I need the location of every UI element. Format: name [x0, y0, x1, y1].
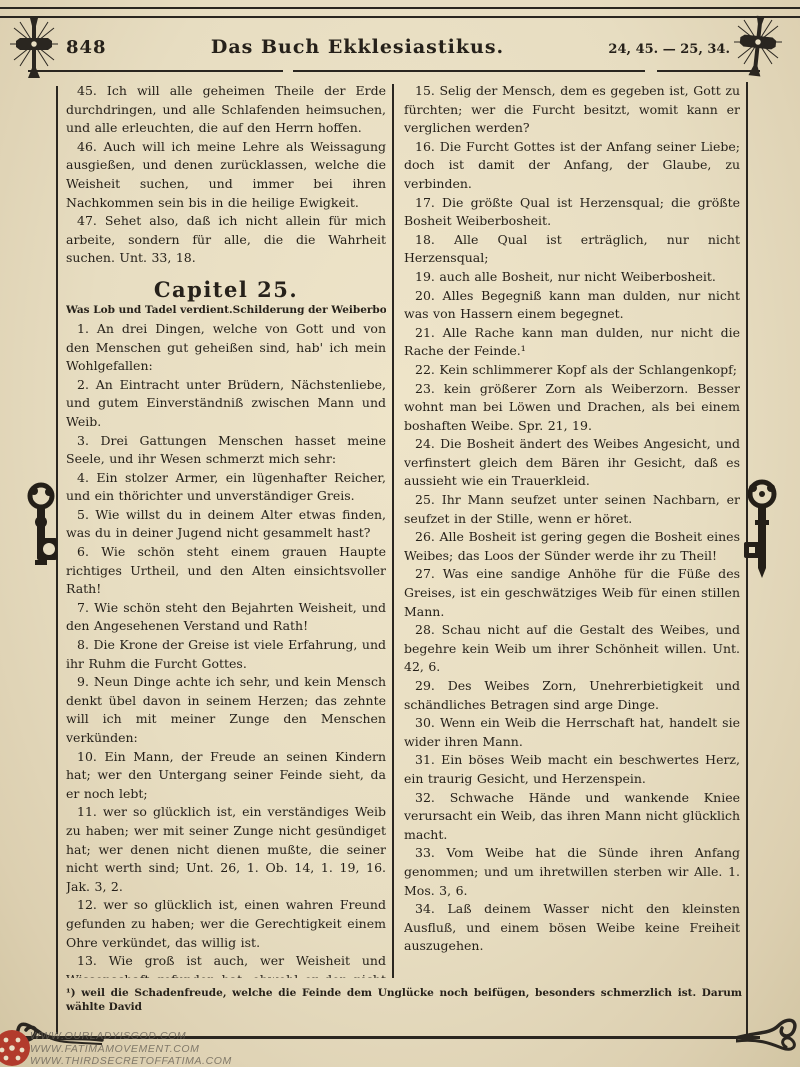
- cross-ornament-icon: [730, 8, 786, 88]
- verse: 17. Die größte Qual ist Herzensqual; die…: [404, 194, 740, 231]
- verse: 5. Wie willst du in deinem Alter etwas f…: [66, 506, 386, 543]
- watermark-line: WWW.THIRDSECRETOFFATIMA.COM: [30, 1055, 232, 1067]
- verse: 1. An drei Dingen, welche von Gott und v…: [66, 320, 386, 376]
- chapter25-verses-right: 15. Selig der Mensch, dem es gegeben ist…: [404, 82, 740, 956]
- scroll-flourish-icon: [736, 1014, 800, 1066]
- book-title: Das Buch Ekklesiastikus.: [107, 36, 609, 58]
- watermark-line: WWW.OURLADYISGOD.COM: [30, 1030, 232, 1043]
- verse: 46. Auch will ich meine Lehre als Weissa…: [66, 138, 386, 212]
- key-ornament-icon: [22, 482, 60, 586]
- verse: 32. Schwache Hände und wankende Kniee ve…: [404, 789, 740, 845]
- verse: 18. Alle Qual ist erträglich, nur nicht …: [404, 231, 740, 268]
- scanned-bible-page: 848 Das Buch Ekklesiastikus. 24, 45. — 2…: [0, 0, 800, 1067]
- chapter-subtitle: Was Lob und Tadel verdient. Schilderung …: [66, 304, 386, 316]
- verse: 9. Neun Dinge achte ich sehr, und kein M…: [66, 673, 386, 747]
- verse: 4. Ein stolzer Armer, ein lügenhafter Re…: [66, 469, 386, 506]
- right-column: 15. Selig der Mensch, dem es gegeben ist…: [404, 82, 740, 978]
- verse-range: 24, 45. — 25, 34.: [608, 42, 730, 57]
- verse: 15. Selig der Mensch, dem es gegeben ist…: [404, 82, 740, 138]
- verse: 19. auch alle Bosheit, nur nicht Weiberb…: [404, 268, 740, 287]
- footnote: ¹) weil die Schadenfreude, welche die Fe…: [66, 986, 742, 1014]
- verse: 16. Die Furcht Gottes ist der Anfang sei…: [404, 138, 740, 194]
- subtitle-part-1: Was Lob und Tadel verdient.: [66, 304, 233, 316]
- verse: 26. Alle Bosheit ist gering gegen die Bo…: [404, 528, 740, 565]
- column-divider-rule: [392, 84, 394, 978]
- verse: 28. Schau nicht auf die Gestalt des Weib…: [404, 621, 740, 677]
- left-column: 45. Ich will alle geheimen Theile der Er…: [66, 82, 386, 978]
- verse: 6. Wie schön steht einem grauen Haupte r…: [66, 543, 386, 599]
- subtitle-part-2: Schilderung der Weiberbosheit.: [233, 304, 386, 316]
- verse: 45. Ich will alle geheimen Theile der Er…: [66, 82, 386, 138]
- verse: 7. Wie schön steht den Bejahrten Weishei…: [66, 599, 386, 636]
- cross-ornament-icon: [6, 12, 62, 92]
- verse: 3. Drei Gattungen Menschen hasset meine …: [66, 432, 386, 469]
- verse: 29. Des Weibes Zorn, Unehrerbietigkeit u…: [404, 677, 740, 714]
- verse: 27. Was eine sandige Anhöhe für die Füße…: [404, 565, 740, 621]
- chapter25-verses-left: 1. An drei Dingen, welche von Gott und v…: [66, 320, 386, 978]
- page-header: 848 Das Buch Ekklesiastikus. 24, 45. — 2…: [66, 36, 730, 58]
- page-number: 848: [66, 37, 107, 58]
- watermark-line: WWW.FATIMAMOVEMENT.COM: [30, 1043, 232, 1056]
- verse: 13. Wie groß ist auch, wer Weisheit und …: [66, 952, 386, 978]
- verse: 20. Alles Begegniß kann man dulden, nur …: [404, 287, 740, 324]
- top-double-rule: [0, 7, 800, 18]
- verse: 31. Ein böses Weib macht ein beschwertes…: [404, 751, 740, 788]
- verse: 12. wer so glücklich ist, einen wahren F…: [66, 896, 386, 952]
- verse: 30. Wenn ein Weib die Herrschaft hat, ha…: [404, 714, 740, 751]
- chapter24-verses: 45. Ich will alle geheimen Theile der Er…: [66, 82, 386, 268]
- verse: 47. Sehet also, daß ich nicht allein für…: [66, 212, 386, 268]
- chapter-heading: Capitel 25.: [66, 277, 386, 302]
- watermark: WWW.OURLADYISGOD.COM WWW.FATIMAMOVEMENT.…: [30, 1030, 232, 1067]
- verse: 34. Laß deinem Wasser nicht den kleinste…: [404, 900, 740, 956]
- verse: 11. wer so glücklich ist, ein verständig…: [66, 803, 386, 896]
- verse: 2. An Eintracht unter Brüdern, Nächstenl…: [66, 376, 386, 432]
- verse: 33. Vom Weibe hat die Sünde ihren Anfang…: [404, 844, 740, 900]
- verse: 24. Die Bosheit ändert des Weibes Angesi…: [404, 435, 740, 491]
- verse: 23. kein größerer Zorn als Weiberzorn. B…: [404, 380, 740, 436]
- verse: 8. Die Krone der Greise ist viele Erfahr…: [66, 636, 386, 673]
- header-underline: [28, 70, 760, 72]
- verse: 22. Kein schlimmerer Kopf als der Schlan…: [404, 361, 740, 380]
- verse: 10. Ein Mann, der Freude an seinen Kinde…: [66, 748, 386, 804]
- verse: 21. Alle Rache kann man dulden, nur nich…: [404, 324, 740, 361]
- key-ornament-icon: [742, 478, 782, 588]
- verse: 25. Ihr Mann seufzet unter seinen Nachba…: [404, 491, 740, 528]
